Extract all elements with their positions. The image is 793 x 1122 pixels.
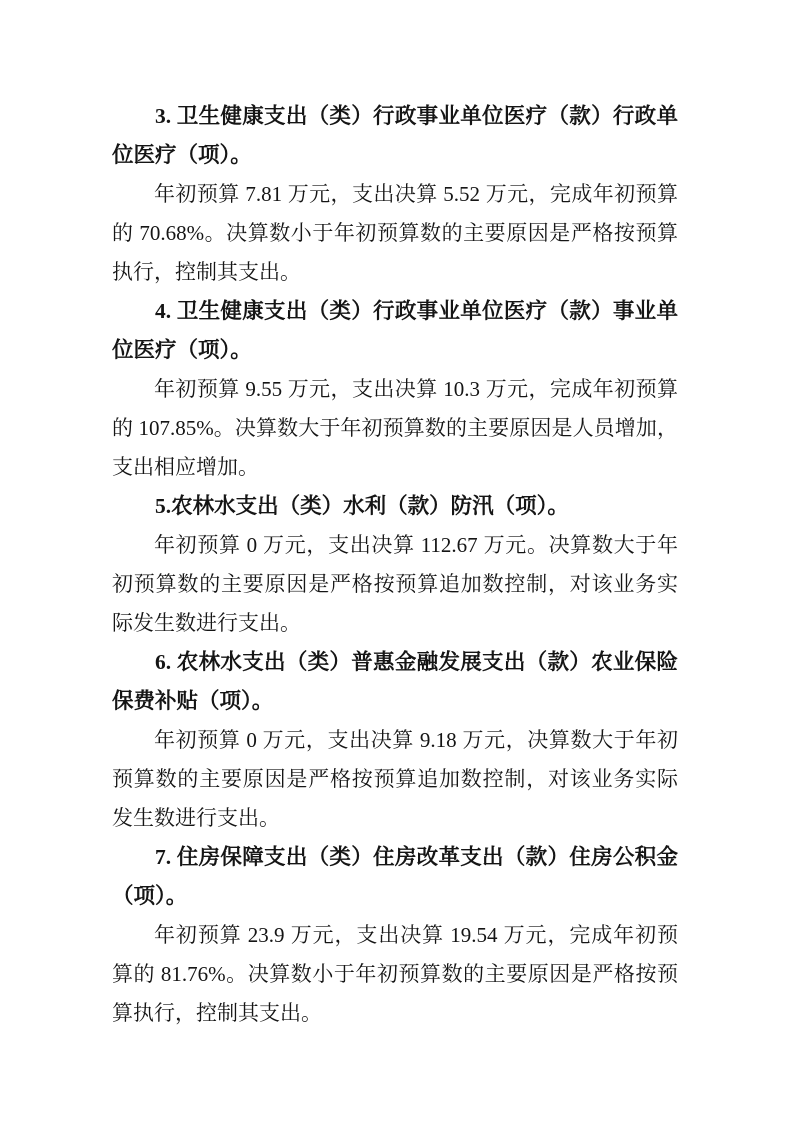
budget-section-7: 7. 住房保障支出（类）住房改革支出（款）住房公积金（项）。 年初预算 23.9…: [112, 838, 678, 1033]
section-heading: 4. 卫生健康支出（类）行政事业单位医疗（款）事业单位医疗（项）。: [112, 292, 678, 370]
section-body: 年初预算 9.55 万元，支出决算 10.3 万元，完成年初预算的 107.85…: [112, 370, 678, 487]
budget-section-5: 5.农林水支出（类）水利（款）防汛（项）。 年初预算 0 万元，支出决算 112…: [112, 487, 678, 643]
section-heading: 7. 住房保障支出（类）住房改革支出（款）住房公积金（项）。: [112, 838, 678, 916]
budget-section-3: 3. 卫生健康支出（类）行政事业单位医疗（款）行政单位医疗（项）。 年初预算 7…: [112, 97, 678, 292]
section-body: 年初预算 0 万元，支出决算 112.67 万元。决算数大于年初预算数的主要原因…: [112, 526, 678, 643]
budget-section-4: 4. 卫生健康支出（类）行政事业单位医疗（款）事业单位医疗（项）。 年初预算 9…: [112, 292, 678, 487]
section-body: 年初预算 23.9 万元，支出决算 19.54 万元，完成年初预算的 81.76…: [112, 916, 678, 1033]
document-page: 3. 卫生健康支出（类）行政事业单位医疗（款）行政单位医疗（项）。 年初预算 7…: [0, 0, 793, 1122]
section-heading: 3. 卫生健康支出（类）行政事业单位医疗（款）行政单位医疗（项）。: [112, 97, 678, 175]
document-content: 3. 卫生健康支出（类）行政事业单位医疗（款）行政单位医疗（项）。 年初预算 7…: [112, 97, 678, 1033]
section-heading: 6. 农林水支出（类）普惠金融发展支出（款）农业保险保费补贴（项）。: [112, 643, 678, 721]
section-body: 年初预算 7.81 万元，支出决算 5.52 万元，完成年初预算的 70.68%…: [112, 175, 678, 292]
budget-section-6: 6. 农林水支出（类）普惠金融发展支出（款）农业保险保费补贴（项）。 年初预算 …: [112, 643, 678, 838]
section-body: 年初预算 0 万元，支出决算 9.18 万元，决算数大于年初预算数的主要原因是严…: [112, 721, 678, 838]
section-heading: 5.农林水支出（类）水利（款）防汛（项）。: [112, 487, 678, 526]
